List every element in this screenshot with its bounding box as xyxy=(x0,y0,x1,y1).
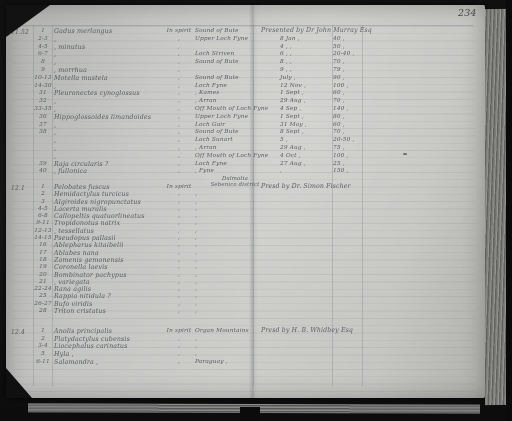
species-name: Ablepharus kitaibelii xyxy=(54,242,174,249)
register-row: 37 , , Loch Gair 31 May , 60 , xyxy=(6,122,485,130)
species-name: , xyxy=(54,145,174,152)
locality: Off Mouth of Loch Fyne xyxy=(195,153,265,160)
depth-fathoms: 20-50 , xyxy=(333,137,363,144)
register-row: 1 Anolis principalis In spirit Organ Mou… xyxy=(6,328,485,336)
specimen-number: 4-5 xyxy=(34,44,52,51)
locality: , xyxy=(195,191,265,198)
species-name: Motella mustela xyxy=(54,75,174,82)
species-name: , xyxy=(54,129,174,136)
condition-note: , xyxy=(164,359,194,366)
depth-fathoms: 80 , xyxy=(333,114,363,121)
depth-fathoms: 150 , xyxy=(333,168,363,175)
species-name: Salamandra , xyxy=(54,359,174,366)
locality: , xyxy=(195,257,265,264)
register-page: 17 234 11.52 Presented by Dr John Murray… xyxy=(6,5,485,398)
register-row: 3 Algiroides nigropunctatus , , xyxy=(6,199,485,206)
species-name: , morrhua xyxy=(54,67,174,74)
register-row: 1 Pelobates fuscus In spirit xyxy=(6,184,485,191)
locality: , xyxy=(195,279,265,286)
specimen-number: 22-24 xyxy=(34,286,52,293)
specimen-number: 2-3 xyxy=(34,36,52,43)
depth-fathoms: 140 , xyxy=(333,106,363,113)
register-rows: 1 Gadus merlangus In spirit Sound of But… xyxy=(6,28,485,176)
specimen-number: 33-35 xyxy=(34,106,52,113)
capture-date: 1 Sept , xyxy=(280,114,324,121)
ruled-line-top xyxy=(12,25,473,26)
register-row: 8 , , Sound of Bute 8 , , 70 , xyxy=(6,59,485,67)
locality: , Kames xyxy=(195,90,265,97)
locality: Organ Mountains xyxy=(195,328,265,335)
register-row: 32 , , , Arran 29 Aug , 70 , xyxy=(6,98,485,106)
capture-date: 4 , , xyxy=(280,44,324,51)
capture-date: 8 , , xyxy=(280,59,324,66)
condition-note: , xyxy=(164,90,194,97)
specimen-number: 14-15 xyxy=(34,235,52,242)
specimen-number: 10-13 xyxy=(34,75,52,82)
species-name: Zamenis gemonensis xyxy=(54,257,174,264)
register-row: 2 Hemidactylus turcicus , , xyxy=(6,191,485,198)
species-name: Hyla , xyxy=(54,351,174,358)
species-name: Hippoglossoides limandoides xyxy=(54,114,174,121)
species-name: , xyxy=(54,153,174,160)
specimen-number: 36 xyxy=(34,114,52,121)
register-row: 33-35 , , Off Mouth of Loch Fyne 4 Sep ,… xyxy=(6,106,485,114)
register-row: 6-11 Salamandra , , Paraguay , xyxy=(6,359,485,367)
condition-note: , xyxy=(164,293,194,300)
register-row: 36 Hippoglossoides limandoides , Upper L… xyxy=(6,114,485,122)
locality: Sound of Bute xyxy=(195,75,265,82)
condition-note: , xyxy=(164,168,194,175)
locality: , Arran xyxy=(195,145,265,152)
specimen-number: 12-13 xyxy=(34,228,52,235)
depth-fathoms: 75 , xyxy=(333,145,363,152)
specimen-number: 20 xyxy=(34,272,52,279)
condition-note: , xyxy=(164,106,194,113)
capture-date: 4 Oct , xyxy=(280,153,324,160)
species-name: , xyxy=(54,51,174,58)
condition-note: , xyxy=(164,301,194,308)
locality: Loch Fyne xyxy=(195,83,265,90)
locality: , xyxy=(195,220,265,227)
condition-note: In spirit xyxy=(164,184,194,191)
condition-note: , xyxy=(164,137,194,144)
condition-note: , xyxy=(164,272,194,279)
locality: Loch Fyne xyxy=(195,161,265,168)
locality: Paraguay , xyxy=(195,359,265,366)
specimen-number: 31 xyxy=(34,90,52,97)
specimen-number: 1 xyxy=(34,28,52,35)
specimen-number: 3-4 xyxy=(34,343,52,350)
register-row: 2 Platydactylus cubensis , , xyxy=(6,336,485,344)
species-name: Lacerta muralis xyxy=(54,206,174,213)
specimen-number: 4-5 xyxy=(34,206,52,213)
specimen-number: 5 xyxy=(34,351,52,358)
register-rows: 1 Anolis principalis In spirit Organ Mou… xyxy=(6,328,485,366)
background-edge xyxy=(506,0,512,421)
condition-note: , xyxy=(164,343,194,350)
locality: , xyxy=(195,242,265,249)
species-name: , xyxy=(54,83,174,90)
species-name: Algiroides nigropunctatus xyxy=(54,199,174,206)
species-name: Callopeltis quatuorlineatus xyxy=(54,213,174,220)
condition-note: , xyxy=(164,286,194,293)
specimen-number: 18 xyxy=(34,257,52,264)
condition-note: , xyxy=(164,264,194,271)
locality: , xyxy=(195,228,265,235)
specimen-number: 32 xyxy=(34,98,52,105)
capture-date: 6 , , xyxy=(280,51,324,58)
register-row: 26-27 Bufo viridis , , xyxy=(6,301,485,308)
register-row: 4-5 Lacerta muralis , , xyxy=(6,206,485,213)
register-row: 12-13 , tessellatus , , xyxy=(6,228,485,235)
depth-fathoms: 60 , xyxy=(333,90,363,97)
depth-fathoms: 70 , xyxy=(333,59,363,66)
photo-corner-shadow xyxy=(6,368,32,398)
locality: , xyxy=(195,351,265,358)
capture-date: 12 Nov , xyxy=(280,83,324,90)
species-name: Pelobates fuscus xyxy=(54,184,174,191)
specimen-number: 8 xyxy=(34,59,52,66)
register-row: 21 , variegata , , xyxy=(6,279,485,286)
specimen-number: 17 xyxy=(34,250,52,257)
register-row: 14-15 Pseudopus pallasii , , xyxy=(6,235,485,242)
capture-date: 29 Aug , xyxy=(280,145,324,152)
species-name: Pleuronectes cynoglossus xyxy=(54,90,174,97)
specimen-number: 37 xyxy=(34,122,52,129)
locality: , xyxy=(195,235,265,242)
register-rows: 1 Pelobates fuscus In spirit 2 Hemidacty… xyxy=(6,184,485,315)
specimen-number: 14-30 xyxy=(34,83,52,90)
register-row: 18 Zamenis gemonensis , , xyxy=(6,257,485,264)
condition-note: , xyxy=(164,336,194,343)
specimen-number: 40 xyxy=(34,168,52,175)
folio-number-right: 234 xyxy=(458,8,477,19)
specimen-number: 6-11 xyxy=(34,359,52,366)
register-row: 17 Ablabes nana , , xyxy=(6,250,485,257)
locality: Off Mouth of Loch Fyne xyxy=(195,106,265,113)
specimen-number: 19 xyxy=(34,264,52,271)
specimen-number: 1 xyxy=(34,184,52,191)
specimen-number: 2 xyxy=(34,336,52,343)
species-name: Pseudopus pallasii xyxy=(54,235,174,242)
species-name: , fullonica xyxy=(54,168,174,175)
condition-note: , xyxy=(164,59,194,66)
specimen-number: 9 xyxy=(34,67,52,74)
specimen-number: 2 xyxy=(34,191,52,198)
depth-fathoms: 79 , xyxy=(333,67,363,74)
register-row: 39 Raja circularis ? , Loch Fyne 27 Aug … xyxy=(6,161,485,169)
condition-note: , xyxy=(164,279,194,286)
condition-note: In spirit xyxy=(164,328,194,335)
specimen-number: 25 xyxy=(34,293,52,300)
species-name: , xyxy=(54,59,174,66)
register-row: 25 Rappia nitidula ? , , xyxy=(6,293,485,300)
register-row: 20 Bombinator pachypus , , xyxy=(6,272,485,279)
depth-fathoms: 70 , xyxy=(333,129,363,136)
locality: , Arran xyxy=(195,98,265,105)
register-row: 10-13 Motella mustela , Sound of Bute Ju… xyxy=(6,75,485,83)
photo-of-register-spread: 17 234 11.52 Presented by Dr John Murray… xyxy=(0,0,512,421)
condition-note: , xyxy=(164,228,194,235)
locality: Loch Striven xyxy=(195,51,265,58)
register-row: 3-4 Liocephalus carinatus , , xyxy=(6,343,485,351)
locality: Loch Sunart xyxy=(195,137,265,144)
condition-note: , xyxy=(164,213,194,220)
locality: , xyxy=(195,336,265,343)
locality: , xyxy=(195,272,265,279)
register-row: 16 Ablepharus kitaibelii , , xyxy=(6,242,485,249)
depth-fathoms: 100 , xyxy=(333,83,363,90)
condition-note: , xyxy=(164,308,194,315)
register-row: 9 , morrhua , 9 , , 79 , xyxy=(6,67,485,75)
species-name: Anolis principalis xyxy=(54,328,174,335)
species-name: , xyxy=(54,98,174,105)
register-row: 2-3 , , Upper Loch Fyne 8 Jan , 40 , xyxy=(6,36,485,44)
condition-note: , xyxy=(164,67,194,74)
species-name: Bombinator pachypus xyxy=(54,272,174,279)
locality: , xyxy=(195,301,265,308)
register-row: 40 , fullonica , , Fyne , 150 , xyxy=(6,168,485,176)
depth-fathoms: 40 , xyxy=(333,36,363,43)
condition-note: , xyxy=(164,122,194,129)
locality: , xyxy=(195,206,265,213)
species-name: Coronella laevis xyxy=(54,264,174,271)
condition-note: , xyxy=(164,351,194,358)
locality: , xyxy=(195,264,265,271)
condition-note: , xyxy=(164,83,194,90)
condition-note: In spirit xyxy=(164,28,194,35)
locality: Upper Loch Fyne xyxy=(195,36,265,43)
locality: Sound of Bute xyxy=(195,59,265,66)
species-name: Gadus merlangus xyxy=(54,28,174,35)
specimen-number: 1 xyxy=(34,328,52,335)
species-name: Rappia nitidula ? xyxy=(54,293,174,300)
register-row: 28 Triton cristatus , , xyxy=(6,308,485,315)
condition-note: , xyxy=(164,235,194,242)
condition-note: , xyxy=(164,145,194,152)
locality: , Fyne xyxy=(195,168,265,175)
condition-note: , xyxy=(164,242,194,249)
locality: , xyxy=(195,199,265,206)
register-row: 19 Coronella laevis , , xyxy=(6,264,485,271)
specimen-number: 38 xyxy=(34,129,52,136)
capture-date: 9 , , xyxy=(280,67,324,74)
depth-fathoms: 100 , xyxy=(333,153,363,160)
condition-note: , xyxy=(164,129,194,136)
species-name: Raja circularis ? xyxy=(54,161,174,168)
capture-date: 1 Sept , xyxy=(280,90,324,97)
locality: , xyxy=(195,343,265,350)
register-row: , , Off Mouth of Loch Fyne 4 Oct , 100 , xyxy=(6,153,485,161)
register-row: , , , Arran 29 Aug , 75 , xyxy=(6,145,485,153)
binding-notch xyxy=(240,407,260,421)
capture-date: 29 Aug , xyxy=(280,98,324,105)
condition-note: , xyxy=(164,51,194,58)
register-row: 38 , , Sound of Bute 8 Sept , 70 , xyxy=(6,129,485,137)
condition-note: , xyxy=(164,191,194,198)
capture-date: 27 Aug , xyxy=(280,161,324,168)
specimen-number: 9-11 xyxy=(34,220,52,227)
specimen-number: 21 xyxy=(34,279,52,286)
register-row: 1 Gadus merlangus In spirit Sound of But… xyxy=(6,28,485,36)
specimen-number: 28 xyxy=(34,308,52,315)
species-name: Hemidactylus turcicus xyxy=(54,191,174,198)
condition-note: , xyxy=(164,206,194,213)
species-name: , xyxy=(54,36,174,43)
condition-note: , xyxy=(164,220,194,227)
locality: Loch Gair xyxy=(195,122,265,129)
condition-note: , xyxy=(164,98,194,105)
locality: , xyxy=(195,293,265,300)
capture-date: 8 Sept , xyxy=(280,129,324,136)
condition-note: , xyxy=(164,250,194,257)
condition-note: , xyxy=(164,36,194,43)
specimen-number: 16 xyxy=(34,242,52,249)
register-row: 31 Pleuronectes cynoglossus , , Kames 1 … xyxy=(6,90,485,98)
register-row: 9-11 Tropidonotus natrix , , xyxy=(6,220,485,227)
capture-date: 8 Jan , xyxy=(280,36,324,43)
register-row: 6-8 Callopeltis quatuorlineatus , , xyxy=(6,213,485,220)
register-row: , , Loch Sunart 5 , 20-50 , xyxy=(6,137,485,145)
specimen-number: 3 xyxy=(34,199,52,206)
register-row: 4-5 , minutus , 4 , , 50 , xyxy=(6,44,485,52)
locality: , xyxy=(195,213,265,220)
condition-note: , xyxy=(164,161,194,168)
specimen-number: 39 xyxy=(34,161,52,168)
species-name: , minutus xyxy=(54,44,174,51)
condition-note: , xyxy=(164,75,194,82)
species-name: , xyxy=(54,106,174,113)
register-row: 6-7 , , Loch Striven 6 , , 20-40 , xyxy=(6,51,485,59)
species-name: Triton cristatus xyxy=(54,308,174,315)
species-name: Platydactylus cubensis xyxy=(54,336,174,343)
depth-fathoms: 50 , xyxy=(333,44,363,51)
condition-note: , xyxy=(164,153,194,160)
depth-fathoms: 25 , xyxy=(333,161,363,168)
condition-note: , xyxy=(164,199,194,206)
register-row: 22-24 Rana agilis , , xyxy=(6,286,485,293)
species-name: Ablabes nana xyxy=(54,250,174,257)
locality: Sound of Bute xyxy=(195,129,265,136)
register-row: 14-30 , , Loch Fyne 12 Nov , 100 , xyxy=(6,83,485,91)
capture-date: 5 , xyxy=(280,137,324,144)
condition-note: , xyxy=(164,44,194,51)
specimen-number: 6-7 xyxy=(34,51,52,58)
specimen-number: 6-8 xyxy=(34,213,52,220)
species-name: Rana agilis xyxy=(54,286,174,293)
locality: , xyxy=(195,250,265,257)
depth-fathoms: 60 , xyxy=(333,122,363,129)
depth-fathoms: 20-40 , xyxy=(333,51,363,58)
condition-note: , xyxy=(164,114,194,121)
condition-note: , xyxy=(164,257,194,264)
locality: Sound of Bute xyxy=(195,28,265,35)
locality: , xyxy=(195,308,265,315)
locality: , xyxy=(195,286,265,293)
depth-fathoms: 90 , xyxy=(333,75,363,82)
capture-date: , xyxy=(280,168,324,175)
capture-date: July , xyxy=(280,75,324,82)
register-row: 5 Hyla , , , xyxy=(6,351,485,359)
species-name: , tessellatus xyxy=(54,228,174,235)
species-name: Bufo viridis xyxy=(54,301,174,308)
depth-fathoms: 70 , xyxy=(333,98,363,105)
species-name: , variegata xyxy=(54,279,174,286)
capture-date: 31 May , xyxy=(280,122,324,129)
species-name: , xyxy=(54,137,174,144)
locality: Upper Loch Fyne xyxy=(195,114,265,121)
species-name: Liocephalus carinatus xyxy=(54,343,174,350)
capture-date: 4 Sep , xyxy=(280,106,324,113)
species-name: , xyxy=(54,122,174,129)
species-name: Tropidonotus natrix xyxy=(54,220,174,227)
specimen-number: 26-27 xyxy=(34,301,52,308)
